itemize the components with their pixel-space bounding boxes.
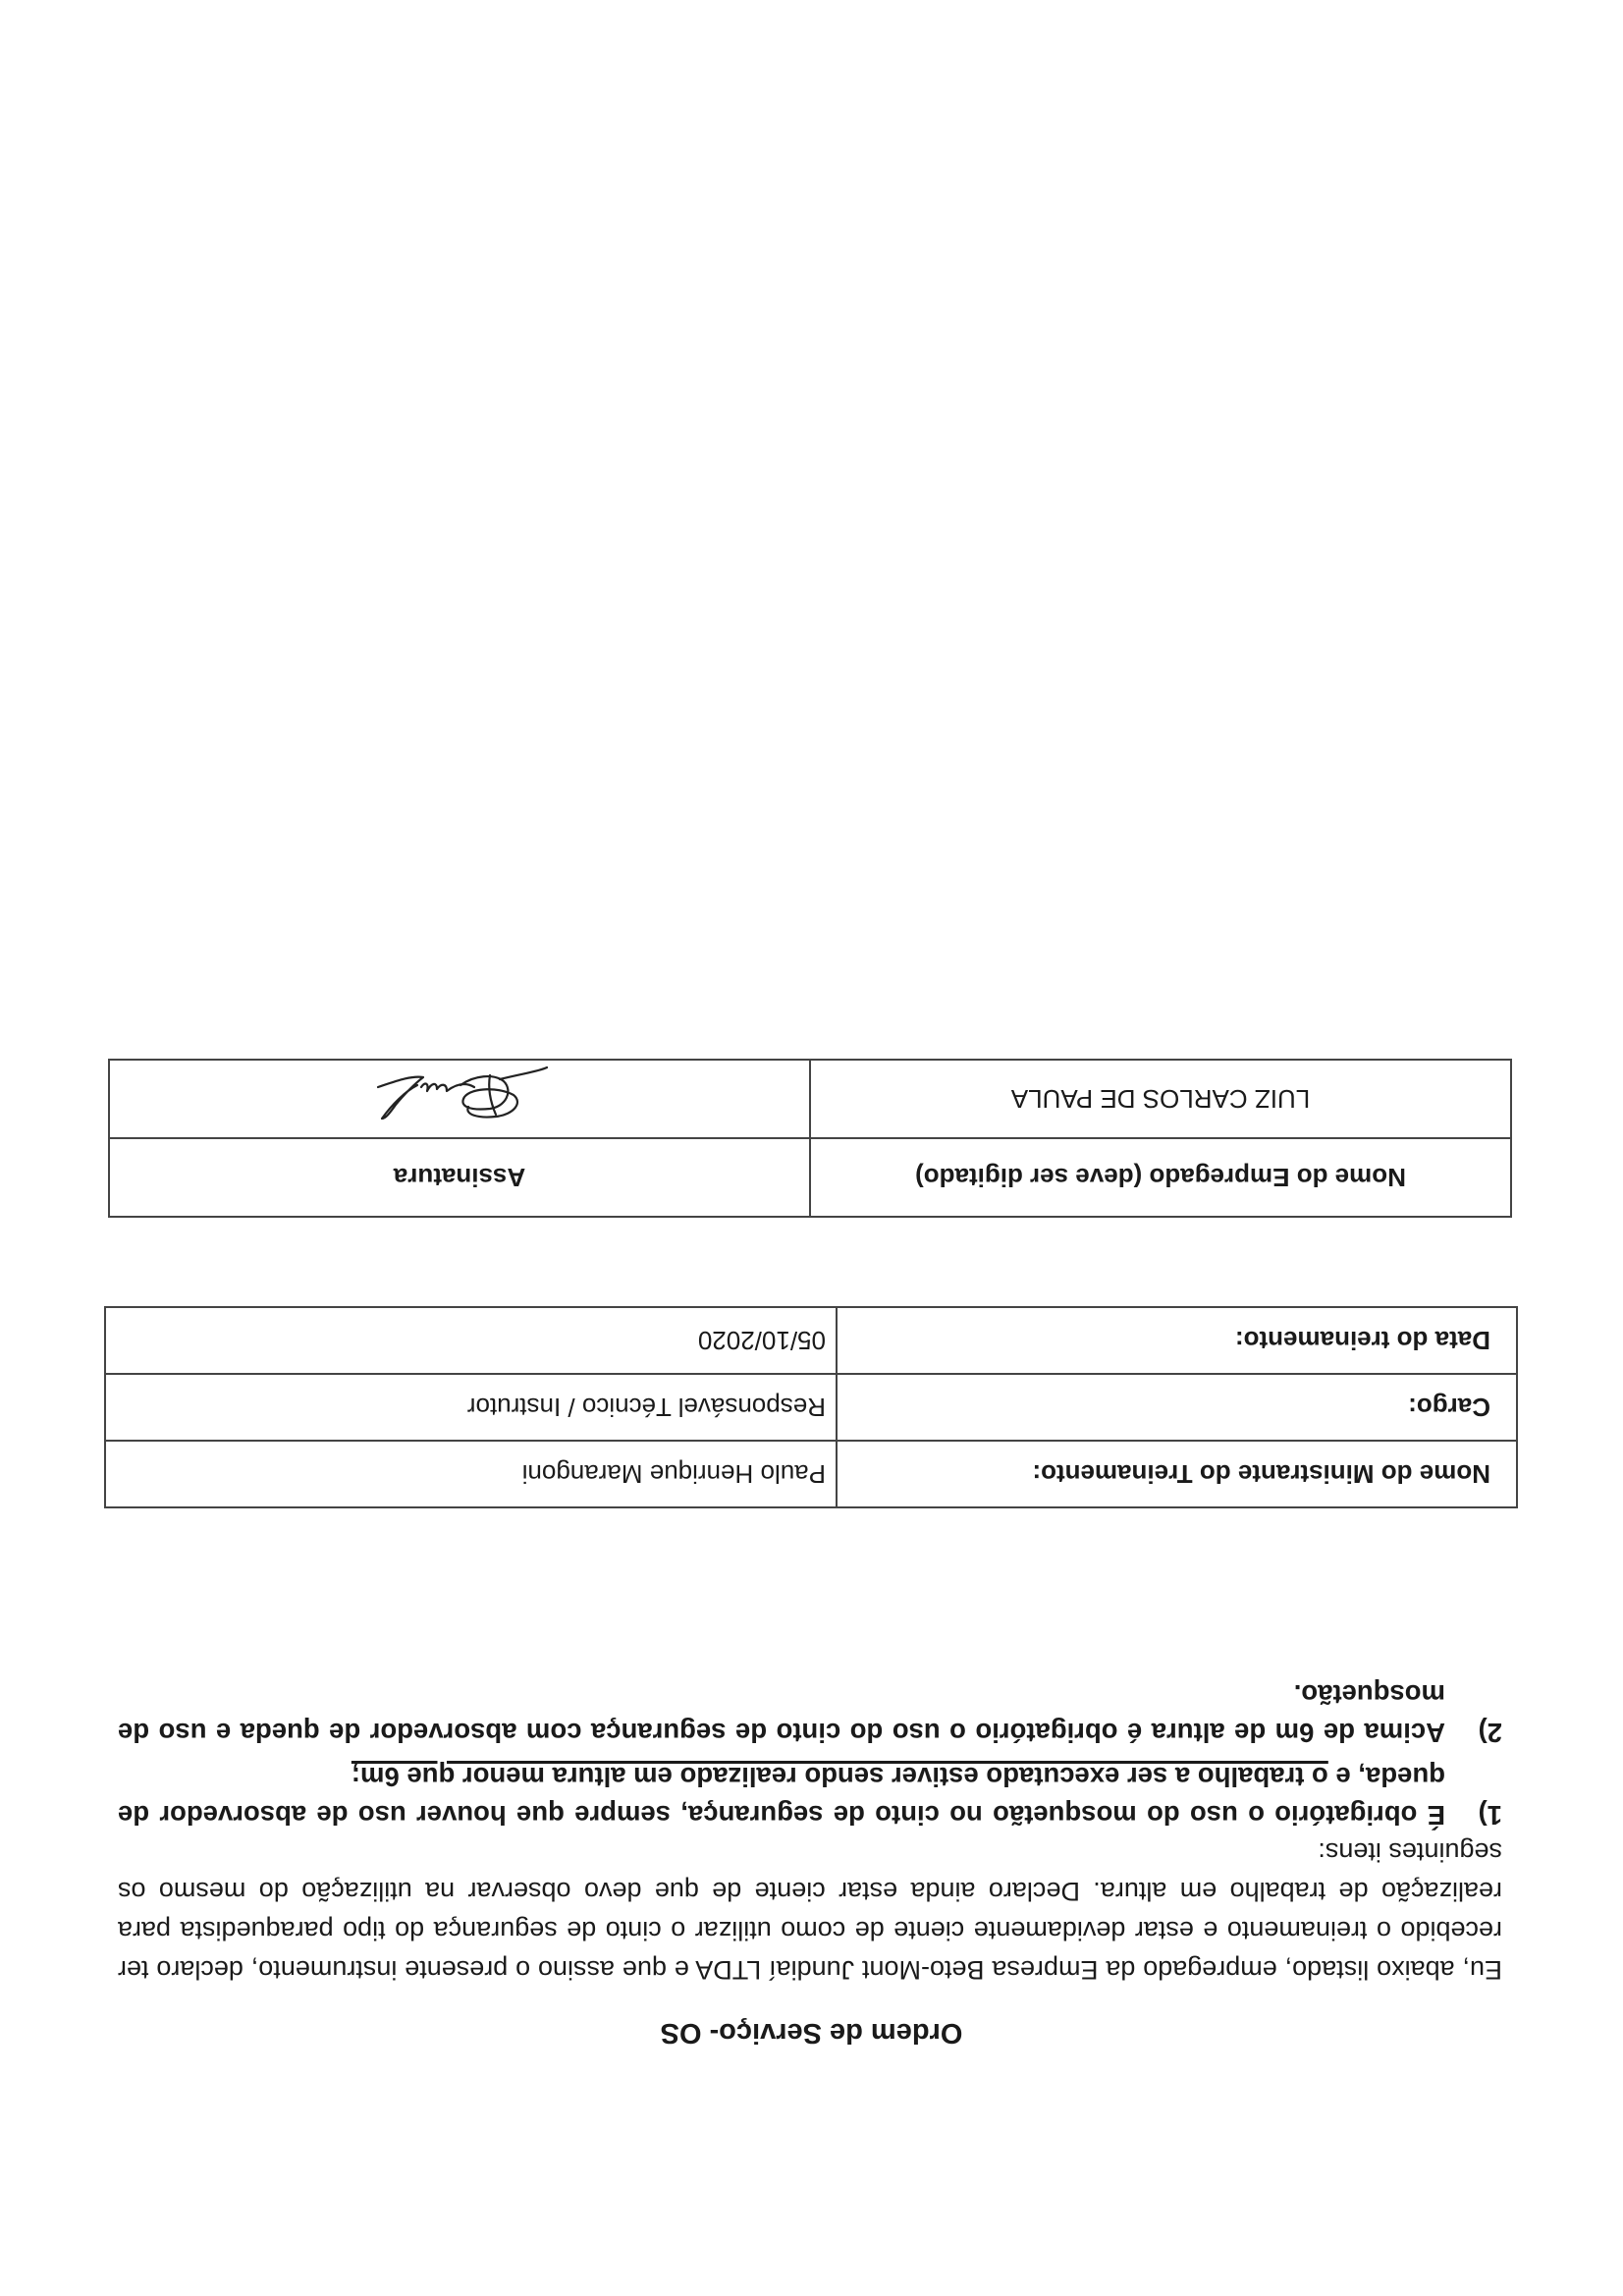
items-list: 1) É obrigatório o uso do mosquetão no c… <box>118 1669 1502 1834</box>
signature-cell <box>109 1060 810 1138</box>
role-label: Cargo: <box>837 1374 1517 1441</box>
intro-paragraph: Eu, abaixo listado, empregado da Empresa… <box>118 1832 1502 1990</box>
document-title: Ordem de Serviço- OS <box>0 2016 1623 2049</box>
table-row: LUIZ CARLOS DE PAULA <box>109 1060 1511 1138</box>
role-value: Responsável Técnico / Instrutor <box>105 1374 837 1441</box>
training-date-label: Data do treinamento: <box>837 1307 1517 1374</box>
list-item: 2) Acima de 6m de altura é obrigatório o… <box>118 1675 1502 1752</box>
employee-name-header: Nome do Empregado (deve ser digitado) <box>810 1138 1511 1217</box>
item-text: É obrigatório o uso do mosquetão no cint… <box>118 1758 1445 1834</box>
item-number: 2) <box>1445 1675 1502 1752</box>
employee-name-value: LUIZ CARLOS DE PAULA <box>810 1060 1511 1138</box>
scanned-page: Ordem de Serviço- OS Eu, abaixo listado,… <box>0 0 1623 2296</box>
item-number: 1) <box>1445 1758 1502 1834</box>
item-text-underlined: o trabalho a ser executado estiver sendo… <box>352 1762 1328 1792</box>
training-info-table: Nome do Ministrante do Treinamento: Paul… <box>104 1306 1518 1508</box>
list-item: 1) É obrigatório o uso do mosquetão no c… <box>118 1758 1502 1834</box>
handwritten-signature-icon <box>366 1063 553 1136</box>
signature-header: Assinatura <box>109 1138 810 1217</box>
table-row: Nome do Ministrante do Treinamento: Paul… <box>105 1441 1517 1507</box>
table-row: Cargo: Responsável Técnico / Instrutor <box>105 1374 1517 1441</box>
training-date-value: 05/10/2020 <box>105 1307 837 1374</box>
trainer-name-label: Nome do Ministrante do Treinamento: <box>837 1441 1517 1507</box>
item-text: Acima de 6m de altura é obrigatório o us… <box>118 1675 1445 1752</box>
trainer-name-value: Paulo Henrique Marangoni <box>105 1441 837 1507</box>
table-row: Data do treinamento: 05/10/2020 <box>105 1307 1517 1374</box>
table-header-row: Nome do Empregado (deve ser digitado) As… <box>109 1138 1511 1217</box>
signature-table: Nome do Empregado (deve ser digitado) As… <box>108 1059 1512 1218</box>
